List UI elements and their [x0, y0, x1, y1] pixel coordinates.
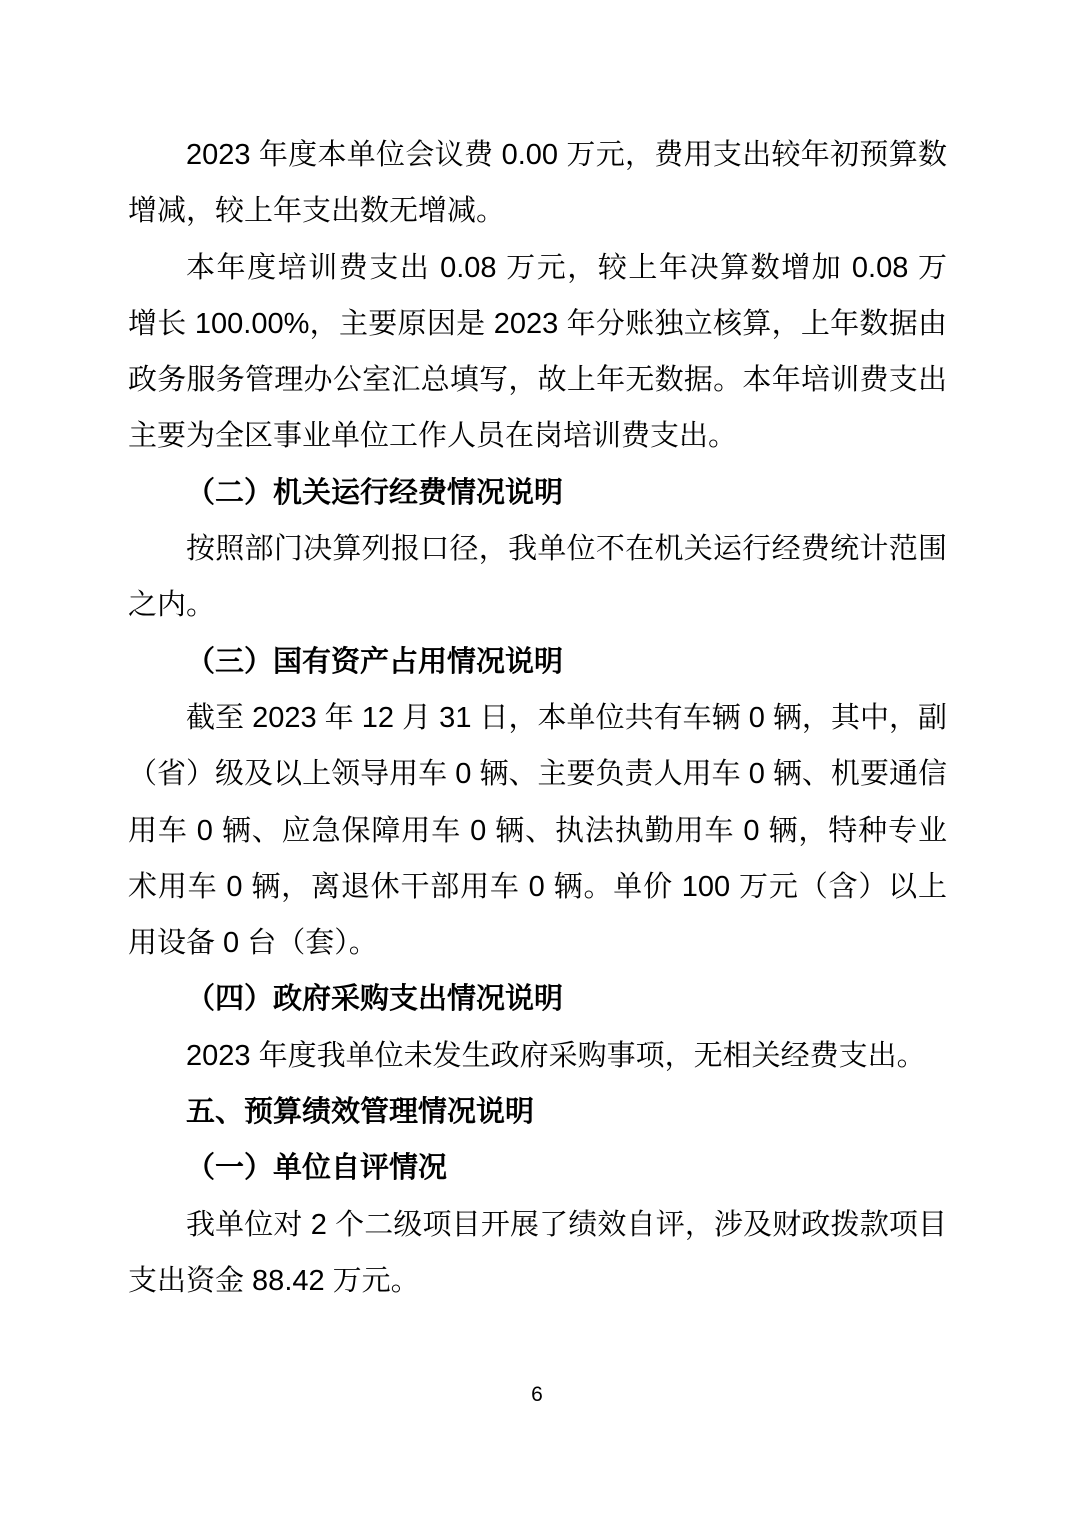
- heading-section-4-government-procurement: （四）政府采购支出情况说明: [128, 971, 947, 1027]
- paragraph-line: 之内。: [128, 577, 947, 633]
- paragraph-line: 增长 100.00%，主要原因是 2023 年分账独立核算，上年数据由区: [128, 296, 947, 352]
- page-number: 6: [0, 1381, 1074, 1409]
- paragraph-line: 增减，较上年支出数无增减。: [128, 183, 947, 239]
- paragraph-line: （省）级及以上领导用车 0 辆、主要负责人用车 0 辆、机要通信: [128, 746, 947, 802]
- paragraph-line: 我单位对 2 个二级项目开展了绩效自评，涉及财政拨款项目: [128, 1197, 947, 1253]
- paragraph-line: 按照部门决算列报口径，我单位不在机关运行经费统计范围: [128, 521, 947, 577]
- heading-section-2-operating-expense: （二）机关运行经费情况说明: [128, 465, 947, 521]
- paragraph-line: 主要为全区事业单位工作人员在岗培训费支出。: [128, 408, 947, 464]
- heading-chapter-5-budget-performance: 五、预算绩效管理情况说明: [128, 1084, 947, 1140]
- heading-section-3-state-assets: （三）国有资产占用情况说明: [128, 634, 947, 690]
- paragraph-line: 截至 2023 年 12 月 31 日，本单位共有车辆 0 辆，其中，副部: [128, 690, 947, 746]
- paragraph-line: 2023 年度本单位会议费 0.00 万元，费用支出较年初预算数无: [128, 127, 947, 183]
- paragraph-line: 支出资金 88.42 万元。: [128, 1253, 947, 1309]
- document-text-block: 2023 年度本单位会议费 0.00 万元，费用支出较年初预算数无 增减，较上年…: [128, 127, 947, 1309]
- paragraph-line: 本年度培训费支出 0.08 万元，较上年决算数增加 0.08 万元，: [128, 240, 947, 296]
- paragraph-line: 2023 年度我单位未发生政府采购事项，无相关经费支出。: [128, 1028, 947, 1084]
- paragraph-line: 术用车 0 辆，离退休干部用车 0 辆。单价 100 万元（含）以上专: [128, 859, 947, 915]
- paragraph-line: 用设备 0 台（套）。: [128, 915, 947, 971]
- document-page: 2023 年度本单位会议费 0.00 万元，费用支出较年初预算数无 增减，较上年…: [0, 0, 1074, 1520]
- paragraph-line: 政务服务管理办公室汇总填写，故上年无数据。本年培训费支出: [128, 352, 947, 408]
- heading-subsection-1-self-evaluation: （一）单位自评情况: [128, 1140, 947, 1196]
- paragraph-line: 用车 0 辆、应急保障用车 0 辆、执法执勤用车 0 辆，特种专业技: [128, 803, 947, 859]
